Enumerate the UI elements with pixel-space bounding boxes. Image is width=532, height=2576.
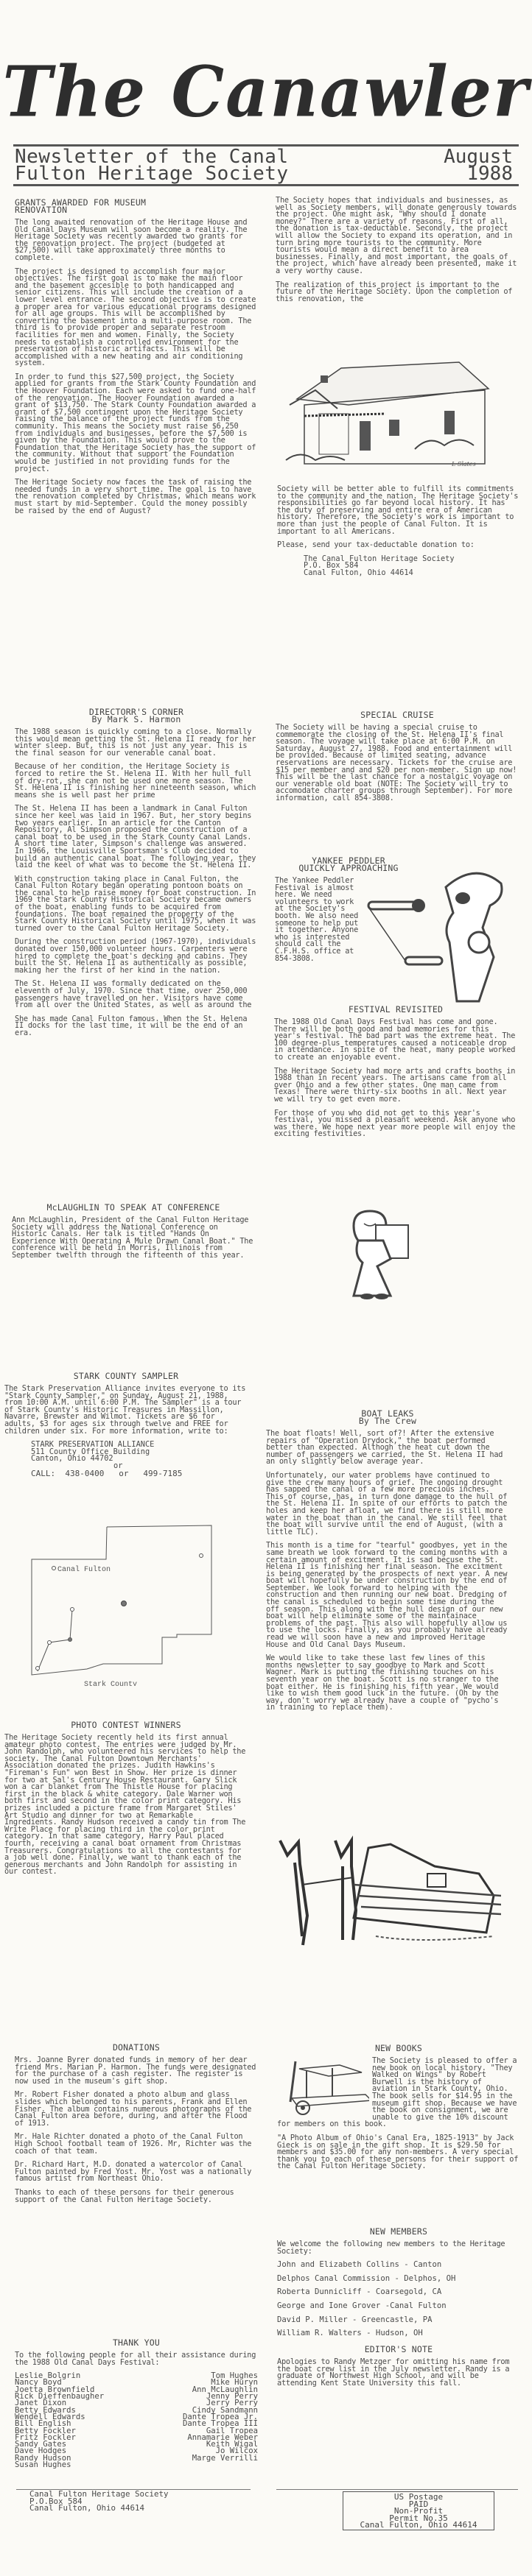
masthead-subtitle: Newsletter of the Canal Fulton Heritage … [13,149,519,184]
article-grants-conclusion: Society will be better able to fulfill i… [277,486,520,584]
directors-paragraph: Because of her condition, the Heritage S… [15,763,258,799]
list-item: John and Elizabeth Collins - Canton [277,2262,520,2269]
article-new-books: NEW BOOKS The Society is pleased to offe… [277,2044,520,2177]
list-item: Delphos Canal Commission - Delphos, OH [277,2276,520,2283]
festival-paragraph: The Heritage Society had more arts and c… [274,1068,517,1104]
return-address: Canal Fulton Heritage Society P.O.Box 58… [29,2491,273,2512]
postage-rule [276,2489,518,2490]
mules-and-canal-boat-illustration [273,1833,501,1951]
editors-note-paragraph: Apologies to Randy Metzger for omitting … [277,2359,520,2387]
newsletter-title: The Canawler [0,49,532,135]
article-new-members: NEW MEMBERS We welcome the following new… [277,2228,520,2344]
masthead-bottom-rule [13,184,519,186]
article-special-cruise: SPECIAL CRUISE The Society will be havin… [276,711,519,809]
mclaughlin-paragraph: Ann McLaughlin, President of the Canal F… [12,1217,255,1260]
new-members-list: John and Elizabeth Collins - CantonDelph… [277,2262,520,2337]
photo-paragraph: The Heritage Society recently held its f… [4,1735,248,1876]
stark-county-map: Canal Fulton Stark County [29,1524,221,1686]
directors-byline: By Mark S. Harmon [15,716,258,723]
sampler-phone: CALL: 438-0400 or 499-7185 [31,1470,248,1478]
article-donations: DONATIONS Mrs. Joanne Byrer donated fund… [15,2044,258,2210]
article-editors-note: EDITOR'S NOTE Apologies to Randy Metzger… [277,2346,520,2393]
donations-paragraph: Mrs. Joanne Byrer donated funds in memor… [15,2057,258,2085]
grants-paragraph: Please, send your tax-deductable donatio… [277,542,520,549]
boat-leaks-paragraph: This month is a time for "tearful" goodb… [266,1542,509,1648]
masthead: The Canawler [0,52,532,133]
cruise-heading: SPECIAL CRUISE [276,711,519,719]
photo-heading: PHOTO CONTEST WINNERS [4,1721,248,1729]
festival-heading: FESTIVAL REVISITED [274,1006,517,1013]
list-item: William R. Walters - Hudson, OH [277,2330,520,2337]
new-members-heading: NEW MEMBERS [277,2228,520,2235]
list-item: George and Ione Grover -Canal Fulton [277,2303,520,2310]
list-item: Roberta Dunnicliff - Coarsegold, CA [277,2289,520,2296]
issue-year: 1988 [444,166,513,183]
grants-paragraph: The Heritage Society now faces the task … [15,479,258,515]
sampler-heading: STARK COUNTY SAMPLER [4,1372,248,1380]
volunteer-names-left: Leslie BolgrinNancy BoydJoetta Brownfiel… [15,2373,104,2469]
article-grants-continued: The Society hopes that individuals and b… [276,197,519,309]
donations-paragraph: Mr. Hale Richter donated a photo of the … [15,2134,258,2155]
editors-note-heading: EDITOR'S NOTE [277,2346,520,2353]
new-members-intro: We welcome the following new members to … [277,2241,520,2255]
woman-with-sign-illustration [339,1207,420,1299]
heritage-house-illustration: L Slates [282,346,503,467]
yankee-paragraph: The Yankee Peddler Festival is almost he… [275,878,365,962]
sampler-paragraph: The Stark Preservation Alliance invites … [4,1386,248,1435]
grants-paragraph: The realization of this project is impor… [276,282,519,303]
article-stark-county-sampler: STARK COUNTY SAMPLER The Stark Preservat… [4,1372,248,1483]
grants-paragraph: The Society hopes that individuals and b… [276,197,519,275]
grants-paragraph: In order to fund this $27,500 project, t… [15,374,258,473]
directors-paragraph: She has made Canal Fulton famous. When t… [15,1016,258,1037]
volunteer-names-right: Tom HughesMike HurynAnn McLaughlinJenny … [183,2373,258,2469]
article-grants: GRANTS AWARDED FOR MUSEUM RENOVATION The… [15,199,258,521]
biplane-illustration [277,2058,369,2117]
sampler-address: STARK PRESERVATION ALLIANCE 511 County O… [31,1441,248,1477]
directors-paragraph: The 1988 season is quickly coming to a c… [15,729,258,757]
illustration-signature: L Slates [451,461,476,467]
list-item: Susan Hughes [15,2462,104,2469]
donations-paragraph: Mr. Robert Fisher donated a photo album … [15,2092,258,2127]
postage-indicia: US Postage PAID Non-Profit Permit No.35 … [343,2491,494,2530]
subtitle-line-2: Fulton Heritage Society [15,166,289,183]
thank-you-intro: To the following people for all their as… [15,2352,258,2366]
directors-paragraph: The St. Helena II has been a landmark in… [15,805,258,869]
thank-you-heading: THANK YOU [15,2339,258,2346]
donation-address: The Canal Fulton Heritage Society P.O. B… [304,556,520,577]
festival-paragraph: The 1988 Old Canal Days Festival has com… [274,1019,517,1062]
boat-leaks-paragraph: The boat floats! Well, sort of?! After t… [266,1430,509,1466]
town-crier-illustration [361,858,508,1005]
article-boat-leaks: BOAT LEAKS By The Crew The boat floats! … [266,1410,509,1718]
article-mclaughlin: McLAUGHLIN TO SPEAK AT CONFERENCE Ann Mc… [12,1204,255,1266]
donations-paragraph: Dr. Richard Hart, M.D. donated a waterco… [15,2162,258,2183]
map-label-canal-fulton: Canal Fulton [57,1565,111,1574]
list-item: David P. Miller - Greencastle, PA [277,2317,520,2324]
map-label-stark-county: Stark County [84,1680,137,1686]
newsletter-page: The Canawler Newsletter of the Canal Ful… [0,0,532,2576]
boat-leaks-byline: By The Crew [266,1417,509,1425]
directors-paragraph: During the construction period (1967-197… [15,939,258,974]
donations-paragraph: Thanks to each of these persons for thei… [15,2189,258,2203]
new-books-paragraph: "A Photo Album of Ohio's Canal Era, 1825… [277,2135,520,2170]
article-directors-corner: DIRECTORR'S CORNER By Mark S. Harmon The… [15,708,258,1044]
volunteer-names: Leslie BolgrinNancy BoydJoetta Brownfiel… [15,2373,258,2469]
grants-paragraph: The project is designed to accomplish fo… [15,269,258,367]
boat-leaks-paragraph: We would like to take these last few lin… [266,1655,509,1712]
new-books-heading: NEW BOOKS [277,2044,520,2052]
article-photo-contest: PHOTO CONTEST WINNERS The Heritage Socie… [4,1721,248,1882]
grants-paragraph: Society will be better able to fulfill i… [277,486,520,535]
directors-paragraph: With construction taking place in Canal … [15,876,258,933]
mclaughlin-heading: McLAUGHLIN TO SPEAK AT CONFERENCE [12,1204,255,1211]
festival-paragraph: For those of you who did not get to this… [274,1110,517,1138]
grants-paragraph: The long awaited renovation of the Herit… [15,219,258,262]
article-thank-you: THANK YOU To the following people for al… [15,2339,258,2469]
boat-leaks-paragraph: Unfortunately, our water problems have c… [266,1472,509,1536]
donations-heading: DONATIONS [15,2044,258,2051]
article-festival-revisited: FESTIVAL REVISITED The 1988 Old Canal Da… [274,1006,517,1145]
cruise-paragraph: The Society will be having a special cru… [276,724,519,802]
list-item: Marge Verrilli [183,2455,258,2462]
directors-paragraph: The St. Helena II was formally dedicated… [15,981,258,1009]
